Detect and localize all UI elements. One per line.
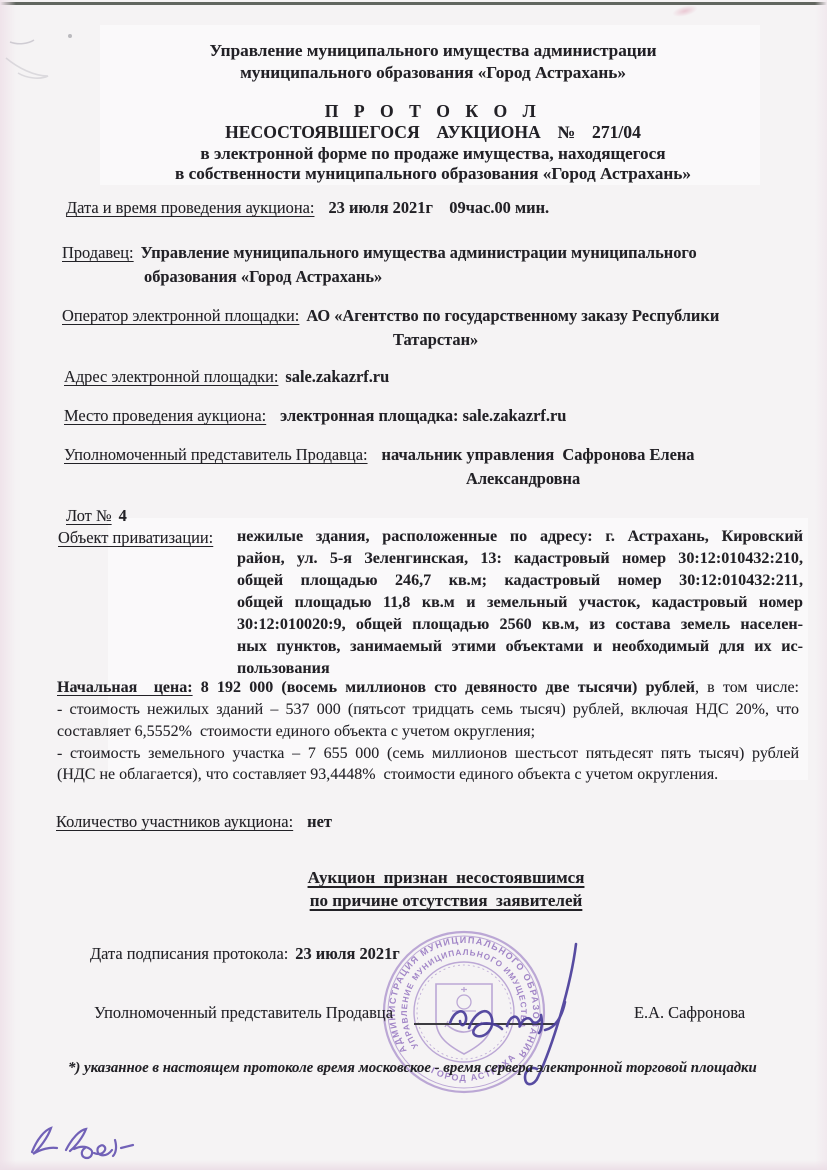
protocol-title: П Р О Т О К О Л xyxy=(64,101,802,122)
field-auction-datetime: Дата и время проведения аукциона:23 июля… xyxy=(66,198,549,218)
signing-date: Дата подписания протокола:23 июля 2021г xyxy=(90,944,400,964)
signature-representative-label: Уполномоченный представитель Продавца xyxy=(94,1003,393,1023)
price-item-land-line2: (НДС не облагается), что составляет 93,4… xyxy=(57,765,799,785)
signing-date-label: Дата подписания протокола: xyxy=(90,944,288,963)
field-object-label: Объект приватизации: xyxy=(58,528,213,548)
field-representative: Уполномоченный представитель Продавца:на… xyxy=(64,445,695,465)
org-name-line2: муниципального образования «Город Астрах… xyxy=(64,63,802,84)
field-representative-value-line2: Александровна xyxy=(466,469,580,489)
field-lot-value: 4 xyxy=(119,506,127,525)
scan-left-edge xyxy=(0,0,16,1170)
protocol-line3: в электронной форме по продаже имущества… xyxy=(64,144,802,165)
signature-representative-name: Е.А. Сафронова xyxy=(634,1003,745,1023)
protocol-line4: в собственности муниципального образован… xyxy=(64,164,802,185)
field-representative-label: Уполномоченный представитель Продавца: xyxy=(64,445,368,464)
price-item-buildings-line2: составляет 6,5552% стоимости единого объ… xyxy=(57,722,799,742)
signature-ink xyxy=(425,930,605,1105)
field-operator-label: Оператор электронной площадки: xyxy=(62,306,299,325)
price-item-buildings-line1: - стоимость нежилых зданий – 537 000 (пя… xyxy=(57,700,799,720)
price-tail: , в том числе: xyxy=(695,679,799,696)
object-line: нежилые здания, расположенные по адресу:… xyxy=(237,527,803,547)
field-operator-value-line1: АО «Агентство по государственному заказу… xyxy=(306,306,719,325)
protocol-subtitle: НЕСОСТОЯВШЕГОСЯ АУКЦИОНА № 271/04 xyxy=(64,122,802,143)
field-seller: Продавец:Управление муниципального имуще… xyxy=(62,243,697,263)
object-line: пользования xyxy=(237,659,803,679)
field-auction-place-value: электронная площадка: sale.zakazrf.ru xyxy=(280,406,566,425)
field-lot: Лот №4 xyxy=(66,506,127,526)
scanned-protocol-page: Управление муниципального имущества адми… xyxy=(0,0,827,1170)
field-platform-address: Адрес электронной площадки:sale.zakazrf.… xyxy=(64,367,389,387)
scan-edge-top-line xyxy=(0,2,827,5)
field-seller-value-line1: Управление муниципального имущества адми… xyxy=(141,243,697,262)
org-name-line1: Управление муниципального имущества адми… xyxy=(64,41,802,62)
field-auction-place-label: Место проведения аукциона: xyxy=(64,406,266,425)
object-line: общей площадью 11,8 кв.м и земельный уча… xyxy=(237,593,803,613)
field-seller-value-line2: образования «Город Астрахань» xyxy=(144,267,382,287)
object-line: общей площадью 246,7 кв.м; кадастровый н… xyxy=(237,571,803,591)
field-lot-label: Лот № xyxy=(66,506,112,525)
result-line1: Аукцион признан несостоявшимся xyxy=(66,868,826,889)
scan-right-edge xyxy=(815,0,827,1170)
price-value: 8 192 000 (восемь миллионов сто девяност… xyxy=(201,679,695,696)
field-participants-value: нет xyxy=(307,812,332,831)
object-line: район, ул. 5-я Зеленгинская, 13: кадастр… xyxy=(237,549,803,569)
field-operator-value-line2: Татарстан» xyxy=(393,330,478,350)
object-line: ных пунктов, занимаемый этими объектами … xyxy=(237,637,803,657)
scan-smudge xyxy=(671,3,699,19)
object-line: 30:12:010020:9, общей площадью 2560 кв.м… xyxy=(237,615,803,635)
handwritten-mark xyxy=(18,1112,158,1170)
field-auction-datetime-value: 23 июля 2021г 09час.00 мин. xyxy=(328,198,549,217)
field-operator: Оператор электронной площадки:АО «Агентс… xyxy=(62,306,719,326)
result-line2: по причине отсутствия заявителей xyxy=(66,891,826,912)
price-item-land-line1: - стоимость земельного участка – 7 655 0… xyxy=(57,744,799,764)
field-platform-address-value: sale.zakazrf.ru xyxy=(285,367,389,386)
field-auction-datetime-label: Дата и время проведения аукциона: xyxy=(66,198,314,217)
field-seller-label: Продавец: xyxy=(62,243,134,262)
field-participants-label: Количество участников аукциона: xyxy=(56,812,293,831)
price-label: Начальная цена: xyxy=(57,679,193,696)
field-participants: Количество участников аукциона:нет xyxy=(56,812,332,832)
field-auction-place: Место проведения аукциона:электронная пл… xyxy=(64,406,566,426)
field-platform-address-label: Адрес электронной площадки: xyxy=(64,367,278,386)
price-heading: Начальная цена: 8 192 000 (восемь миллио… xyxy=(57,678,799,698)
footnote: *) указанное в настоящем протоколе время… xyxy=(68,1059,757,1077)
field-representative-value-line1: начальник управления Сафронова Елена xyxy=(382,445,695,464)
